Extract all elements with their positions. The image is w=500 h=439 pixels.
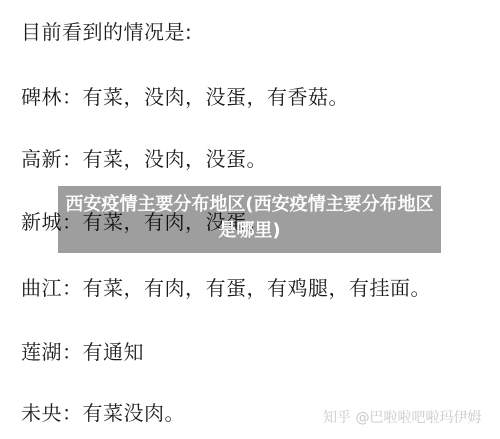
district-label: 曲江 <box>21 276 62 300</box>
separator: ： <box>62 276 83 300</box>
separator: ： <box>62 85 83 109</box>
separator: ： <box>62 401 83 425</box>
status-text: 有菜，有肉，有蛋，有鸡腿，有挂面。 <box>83 276 432 300</box>
district-label: 高新 <box>21 147 62 171</box>
status-text: 有菜，没肉，没蛋。 <box>83 147 268 171</box>
district-label: 新城 <box>21 210 62 234</box>
district-label: 未央 <box>21 401 62 425</box>
status-text: 有菜没肉。 <box>83 401 186 425</box>
row-beilin: 碑林：有菜，没肉，没蛋，有香菇。 <box>21 85 349 109</box>
district-label: 碑林 <box>21 85 62 109</box>
district-label: 莲湖 <box>21 340 62 364</box>
watermark: 知乎 @巴啦啦吧啦玛伊姆 <box>323 407 481 427</box>
separator: ： <box>62 147 83 171</box>
separator: ： <box>62 340 83 364</box>
status-text: 有通知 <box>83 340 145 364</box>
row-gaoxin: 高新：有菜，没肉，没蛋。 <box>21 147 267 171</box>
row-lianhu: 莲湖：有通知 <box>21 340 144 364</box>
row-qujiang: 曲江：有菜，有肉，有蛋，有鸡腿，有挂面。 <box>21 276 431 300</box>
status-text: 有菜，没肉，没蛋，有香菇。 <box>83 85 350 109</box>
heading: 目前看到的情况是: <box>21 20 192 44</box>
row-weiyang: 未央：有菜没肉。 <box>21 401 185 425</box>
overlay-title: 西安疫情主要分布地区(西安疫情主要分布地区是哪里) <box>58 186 441 253</box>
